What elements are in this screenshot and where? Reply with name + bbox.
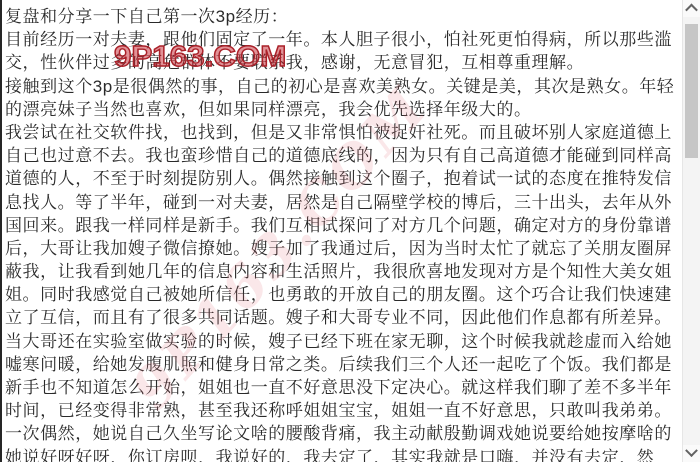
- text-line: 接触到这个3p是很偶然的事，自己的初心是喜欢美熟女。关键是美，其次是熟女。年轻: [5, 75, 681, 98]
- text-line: 目前经历一对夫妻，跟他们固定了一年。本人胆子很小，怕社死更怕得病，所以那些滥: [5, 28, 681, 51]
- text-line: 复盘和分享一下自己第一次3p经历：: [5, 5, 681, 28]
- page-left-border: [0, 0, 2, 462]
- text-line: 立了互信，而且有了很多共同话题。嫂子和大哥专业不同，因此他们作息都有所差异。: [5, 306, 681, 329]
- scroll-up-button[interactable]: [683, 0, 700, 17]
- scrollbar-thumb[interactable]: [685, 24, 698, 158]
- scroll-down-button[interactable]: [683, 445, 700, 462]
- post-text-body: 复盘和分享一下自己第一次3p经历： 目前经历一对夫妻，跟他们固定了一年。本人胆子…: [5, 5, 681, 462]
- text-line: 新手也不知道怎么开始，姐姐也一直不好意思没下定决心。就这样我们聊了差不多半年: [5, 376, 681, 399]
- text-line: 我尝试在社交软件找，也找到，但是又非常惧怕被捉奸社死。而且破坏别人家庭道德上: [5, 121, 681, 144]
- text-line: 自己也过意不去。我也蛮珍惜自己的道德底线的，因为只有自己高道德才能碰到同样高: [5, 144, 681, 167]
- text-line: 交，性伙伴过多的高危群体不要联系我，感谢，无意冒犯，互相尊重理解。: [5, 51, 681, 74]
- text-line: 国回来。跟我一样同样是新手。我们互相试探问了对方几个问题，确定对方的身份靠谱: [5, 214, 681, 237]
- text-line: 当大哥还在实验室做实验的时候，嫂子已经下班在家无聊，这个时候我就趁虚而入给她: [5, 330, 681, 353]
- text-line: 时间，已经变得非常熟，甚至我还称呼姐姐宝宝，姐姐一直不好意思，只敢叫我弟弟。: [5, 399, 681, 422]
- text-line: 姐。同时我感觉自己被她所信任，也勇敢的开放自己的朋友圈。这个巧合让我们快速建: [5, 283, 681, 306]
- text-line: 嘘寒问暖，给她发腹肌照和健身日常之类。后续我们三个人还一起吃了个饭。我们都是: [5, 353, 681, 376]
- text-line: 蔽我，让我看到她几年的信息内容和生活照片，我很欣喜地发现对方是个知性大美女姐: [5, 260, 681, 283]
- text-line: 她说好呀好呀，你订房呗，我说好的，我去定了，其实我就是口嗨，并没有去定，然: [5, 446, 681, 462]
- chevron-up-icon: [685, 4, 698, 17]
- text-line: 道德的人，不至于时刻提防别人。偶然接触到这个圈子，抱着试一试的态度在推特发信: [5, 167, 681, 190]
- vertical-scrollbar[interactable]: [682, 0, 700, 462]
- text-line: 的漂亮妹子当然也喜欢，但如果同样漂亮，我会优先选择年级大的。: [5, 98, 681, 121]
- chevron-down-icon: [685, 444, 698, 457]
- text-line: 息找人。等了半年，碰到一对夫妻，居然是自己隔壁学校的博后，三十出头，去年从外: [5, 191, 681, 214]
- text-line: 一次偶然，她说自己久坐写论文啥的腰酸背痛，我主动献殷勤调戏她说要给她按摩啥的: [5, 422, 681, 445]
- text-line: 后，大哥让我加嫂子微信撩她。嫂子加了我通过后，因为当时太忙了就忘了关朋友圈屏: [5, 237, 681, 260]
